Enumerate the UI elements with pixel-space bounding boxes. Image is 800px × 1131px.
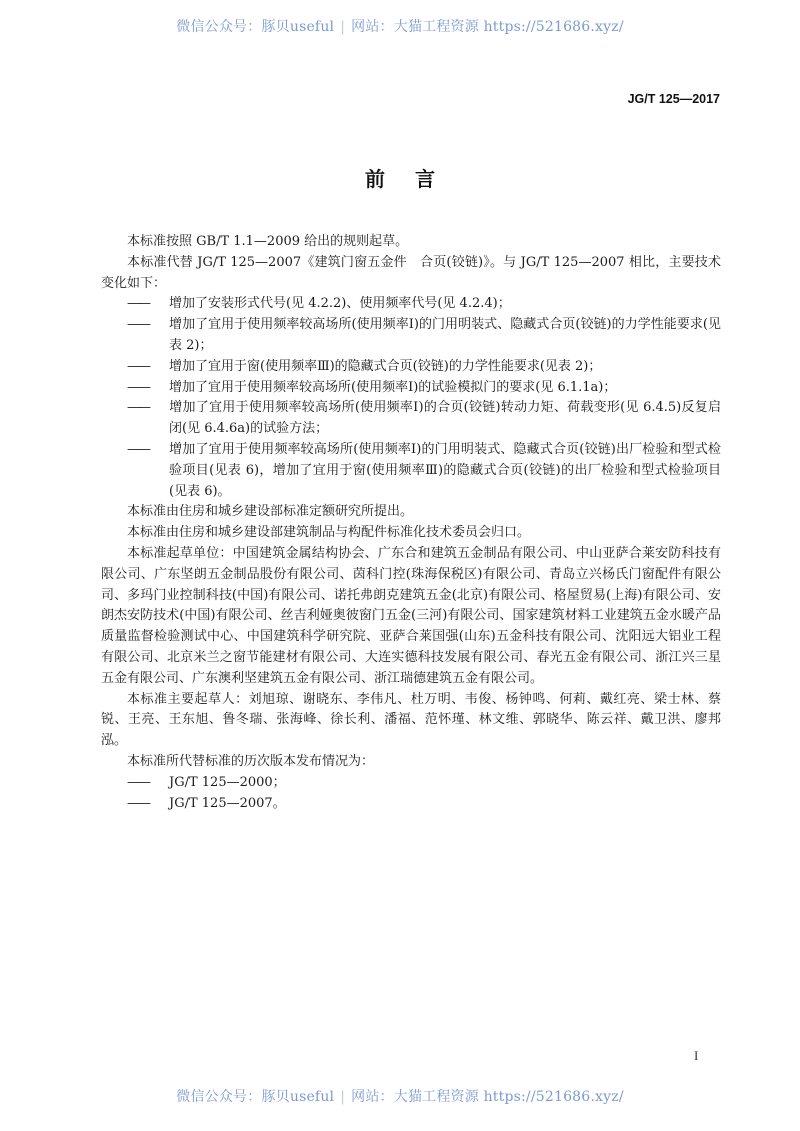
change-text: 增加了宜用于使用频率较高场所(使用频率Ⅰ)的门用明装式、隐藏式合页(铰链)出厂检…: [169, 442, 721, 499]
dash-mark: ——: [127, 315, 169, 336]
change-item: ——增加了宜用于使用频率较高场所(使用频率Ⅰ)的门用明装式、隐藏式合页(铰链)出…: [127, 440, 721, 502]
change-item: ——增加了宜用于使用频率较高场所(使用频率Ⅰ)的合页(铰链)转动力矩、荷载变形(…: [127, 398, 721, 440]
page-number: I: [694, 1048, 698, 1064]
dash-mark: ——: [127, 378, 169, 399]
change-text: 增加了宜用于窗(使用频率Ⅲ)的隐藏式合页(铰链)的力学性能要求(见表 2)；: [169, 359, 601, 374]
history-item: ——JG/T 125—2000；: [127, 773, 721, 794]
dash-mark: ——: [127, 773, 169, 794]
change-item: ——增加了宜用于使用频率较高场所(使用频率Ⅰ)的试验模拟门的要求(见 6.1.1…: [127, 378, 721, 399]
paragraph-replaces: 本标准代替 JG/T 125—2007《建筑门窗五金件 合页(铰链)》。与 JG…: [101, 253, 721, 295]
history-item: ——JG/T 125—2007。: [127, 794, 721, 815]
dash-mark: ——: [127, 794, 169, 815]
watermark-separator: |: [340, 1089, 345, 1105]
watermark-wechat: 微信公众号：豚贝useful: [176, 1089, 334, 1105]
dash-mark: ——: [127, 398, 169, 419]
history-text: JG/T 125—2000；: [169, 775, 286, 790]
watermark-wechat: 微信公众号：豚贝useful: [176, 19, 334, 35]
paragraph-drafters: 本标准主要起草人：刘旭琼、谢晓东、李伟凡、杜万明、韦俊、杨钟鸣、何莉、戴红亮、梁…: [101, 690, 721, 752]
paragraph-proposed-by: 本标准由住房和城乡建设部标准定额研究所提出。: [101, 502, 721, 523]
watermark-top: 微信公众号：豚贝useful|网站：大猫工程资源 https://521686.…: [0, 16, 800, 36]
dash-mark: ——: [127, 294, 169, 315]
paragraph-administered-by: 本标准由住房和城乡建设部建筑制品与构配件标准化技术委员会归口。: [101, 523, 721, 544]
change-text: 增加了宜用于使用频率较高场所(使用频率Ⅰ)的试验模拟门的要求(见 6.1.1a)…: [169, 380, 616, 395]
change-item: ——增加了宜用于使用频率较高场所(使用频率Ⅰ)的门用明装式、隐藏式合页(铰链)的…: [127, 315, 721, 357]
watermark-bottom: 微信公众号：豚贝useful|网站：大猫工程资源 https://521686.…: [0, 1086, 800, 1106]
paragraph-history-intro: 本标准所代替标准的历次版本发布情况为：: [101, 752, 721, 773]
change-item: ——增加了安装形式代号(见 4.2.2)、使用频率代号(见 4.2.4)；: [127, 294, 721, 315]
paragraph-drafting-units: 本标准起草单位：中国建筑金属结构协会、广东合和建筑五金制品有限公司、中山亚萨合莱…: [101, 544, 721, 690]
standard-code: JG/T 125—2017: [628, 92, 720, 106]
watermark-separator: |: [340, 19, 345, 35]
change-text: 增加了宜用于使用频率较高场所(使用频率Ⅰ)的合页(铰链)转动力矩、荷载变形(见 …: [169, 400, 721, 436]
dash-mark: ——: [127, 357, 169, 378]
history-text: JG/T 125—2007。: [169, 796, 286, 811]
watermark-website: 网站：大猫工程资源 https://521686.xyz/: [351, 19, 624, 35]
change-text: 增加了安装形式代号(见 4.2.2)、使用频率代号(见 4.2.4)；: [169, 296, 511, 311]
dash-mark: ——: [127, 440, 169, 461]
document-body: 本标准按照 GB/T 1.1—2009 给出的规则起草。 本标准代替 JG/T …: [101, 232, 721, 814]
watermark-website: 网站：大猫工程资源 https://521686.xyz/: [351, 1089, 624, 1105]
page-title: 前言: [0, 163, 800, 192]
paragraph-drafting-rules: 本标准按照 GB/T 1.1—2009 给出的规则起草。: [101, 232, 721, 253]
change-text: 增加了宜用于使用频率较高场所(使用频率Ⅰ)的门用明装式、隐藏式合页(铰链)的力学…: [169, 317, 721, 353]
change-item: ——增加了宜用于窗(使用频率Ⅲ)的隐藏式合页(铰链)的力学性能要求(见表 2)；: [127, 357, 721, 378]
